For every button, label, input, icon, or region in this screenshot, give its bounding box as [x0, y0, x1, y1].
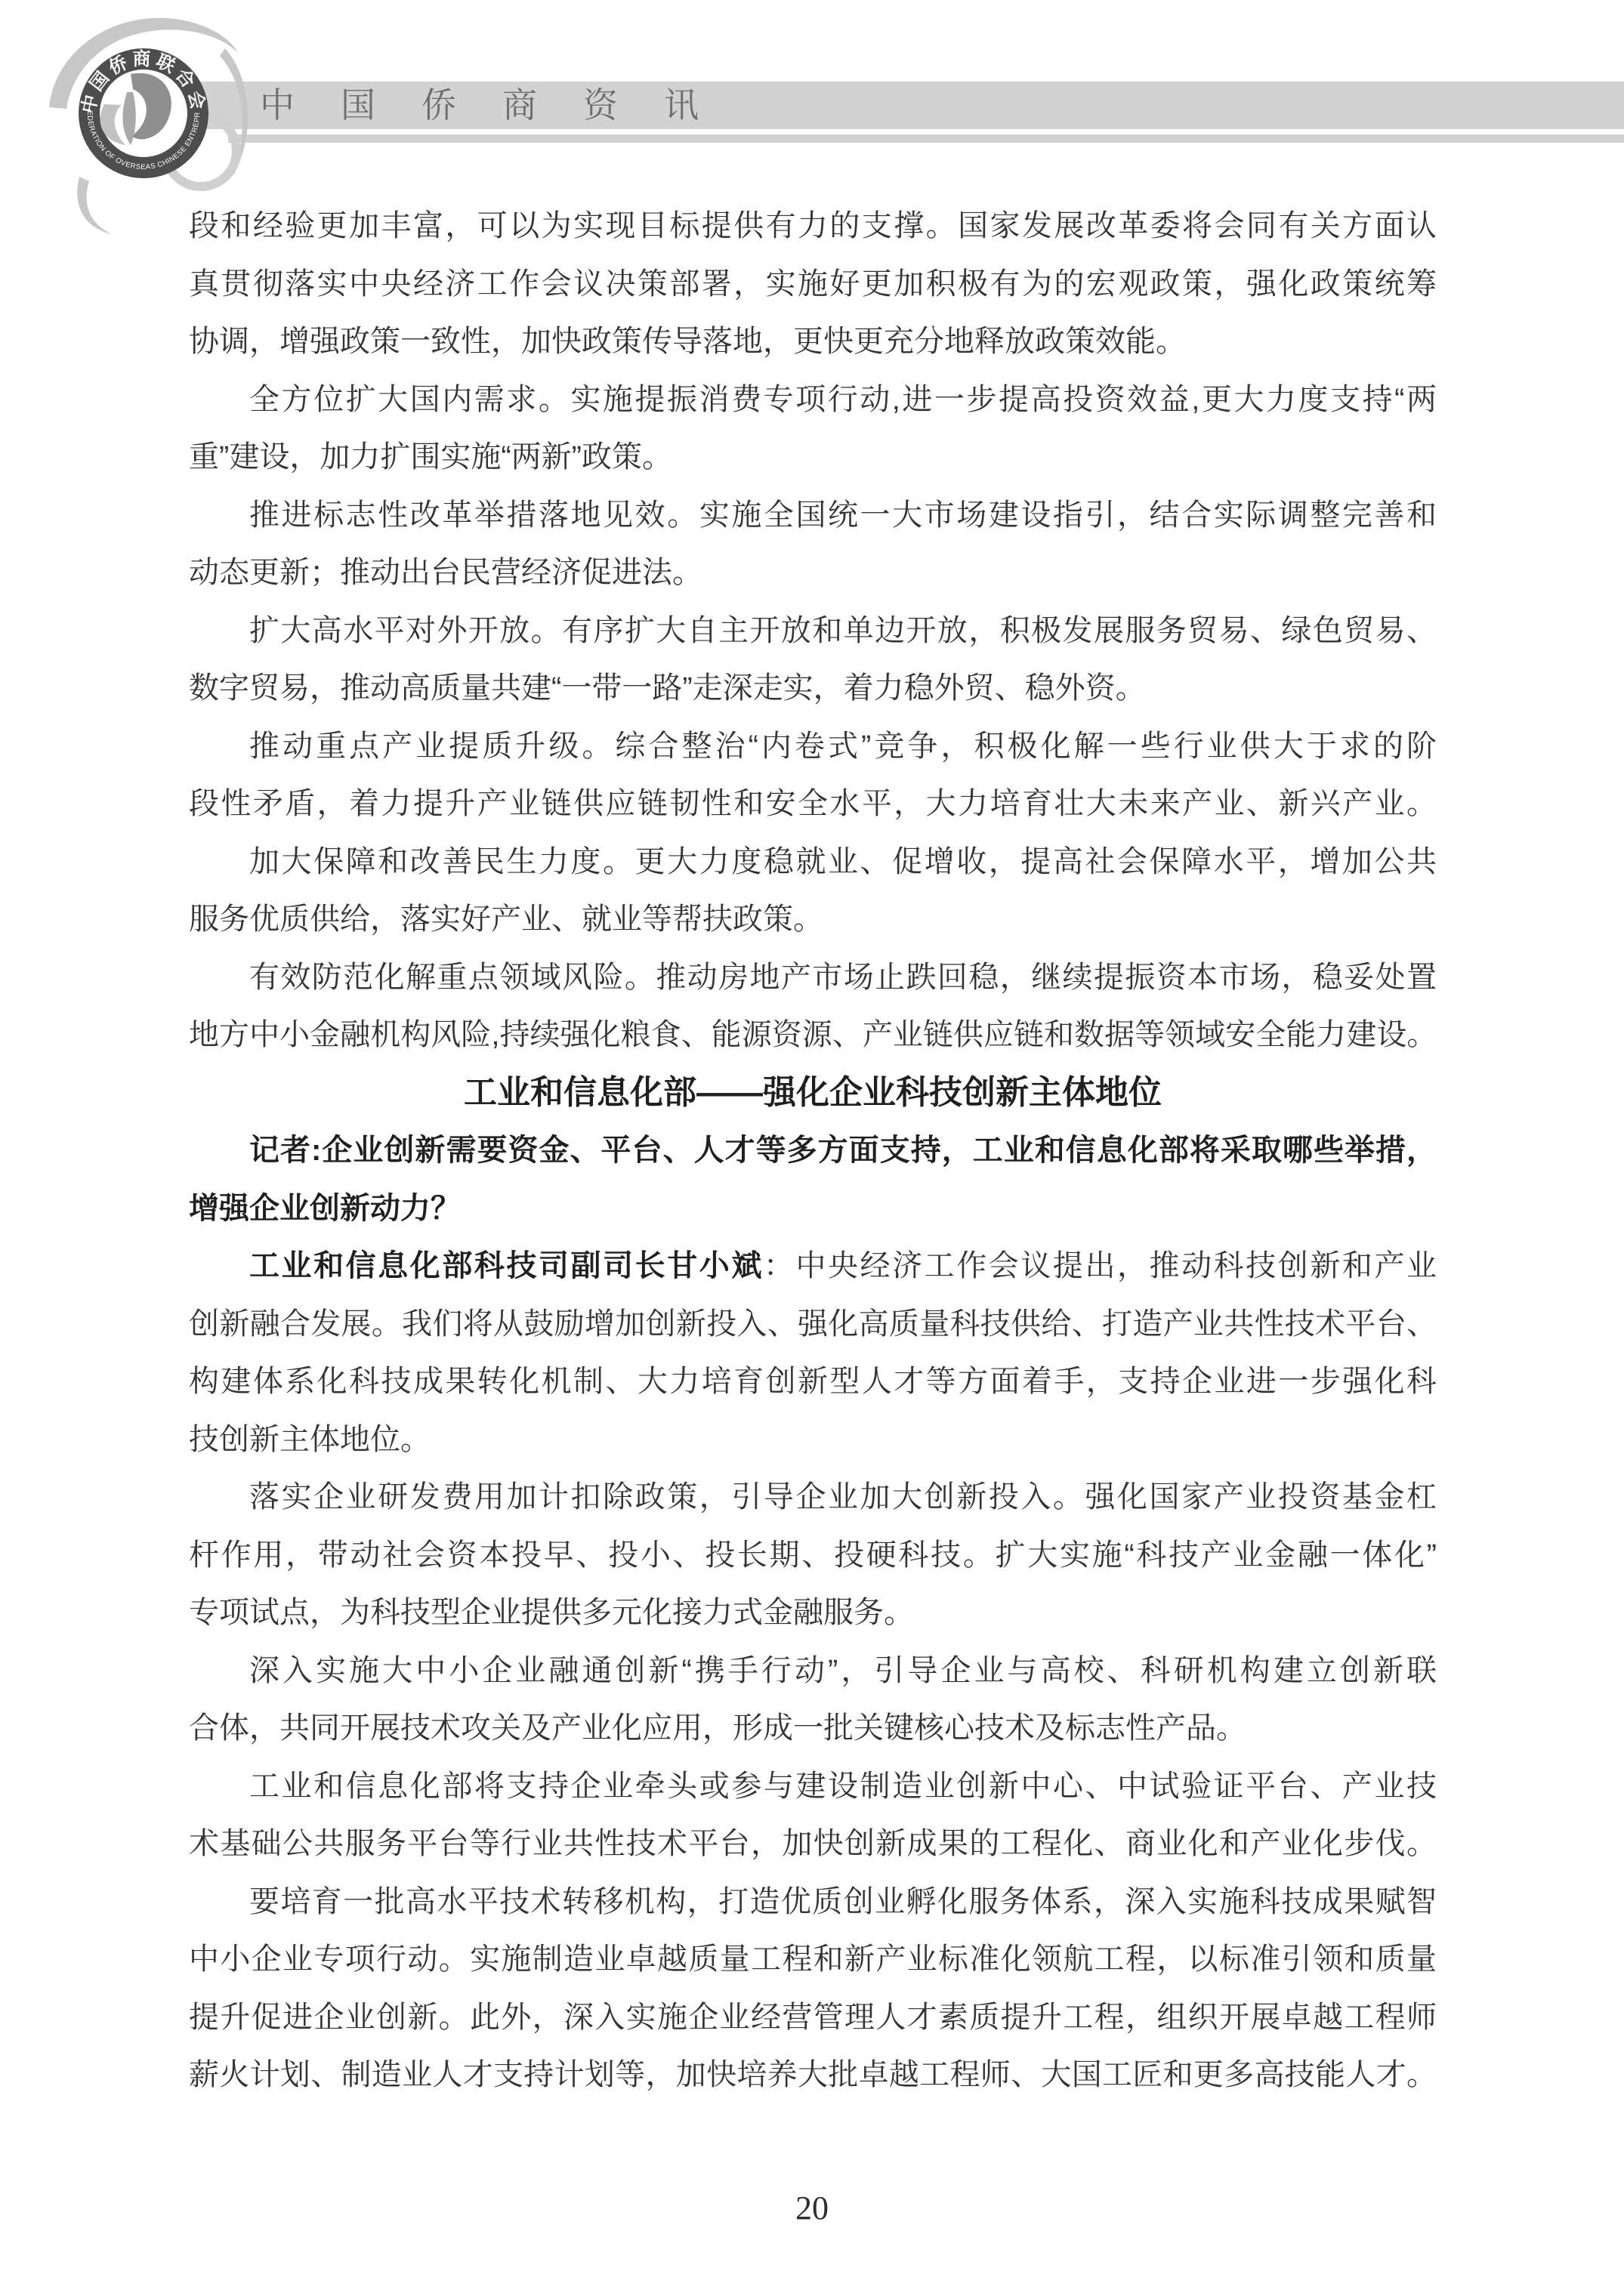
text-line: 杆作用，带动社会资本投早、投小、投长期、投硬科技。扩大实施“科技产业金融一体化”: [189, 1526, 1437, 1585]
text-line: 要培育一批高水平技术转移机构，打造优质创业孵化服务体系，深入实施科技成果赋智: [189, 1873, 1437, 1931]
reporter-question-line: 增强企业创新动力？: [189, 1180, 1437, 1238]
text-line: 专项试点，为科技型企业提供多元化接力式金融服务。: [189, 1584, 1437, 1642]
text-line: 提升促进企业创新。此外，深入实施企业经营管理人才素质提升工程，组织开展卓越工程师: [189, 1989, 1437, 2047]
text-line: 数字贸易，推动高质量共建“一带一路”走深走实，着力稳外贸、稳外资。: [189, 659, 1437, 718]
text-line: 扩大高水平对外开放。有序扩大自主开放和单边开放，积极发展服务贸易、绿色贸易、: [189, 602, 1437, 660]
text-line: 工业和信息化部科技司副司长甘小斌：中央经济工作会议提出，推动科技创新和产业: [189, 1237, 1437, 1295]
reporter-question-line: 记者:企业创新需要资金、平台、人才等多方面支持，工业和信息化部将采取哪些举措，: [189, 1122, 1437, 1180]
text-line: 合体，共同开展技术攻关及产业化应用，形成一批关键核心技术及标志性产品。: [189, 1699, 1437, 1758]
article-body: 段和经验更加丰富，可以为实现目标提供有力的支撑。国家发展改革委将会同有关方面认 …: [189, 197, 1437, 2104]
speaker-name: 工业和信息化部科技司副司长甘小斌: [249, 1249, 764, 1282]
text-line: 段性矛盾，着力提升产业链供应链韧性和安全水平，大力培育壮大未来产业、新兴产业。: [189, 775, 1437, 833]
text-line: 术基础公共服务平台等行业共性技术平台，加快创新成果的工程化、商业化和产业化步伐。: [189, 1815, 1437, 1873]
text-line: 推动重点产业提质升级。综合整治“内卷式”竞争，积极化解一些行业供大于求的阶: [189, 718, 1437, 776]
text-line: 段和经验更加丰富，可以为实现目标提供有力的支撑。国家发展改革委将会同有关方面认: [189, 197, 1437, 255]
text-line: 中小企业专项行动。实施制造业卓越质量工程和新产业标准化领航工程，以标准引领和质量: [189, 1930, 1437, 1989]
text-line: 深入实施大中小企业融通创新“携手行动”，引导企业与高校、科研机构建立创新联: [189, 1642, 1437, 1700]
page-number: 20: [0, 2189, 1624, 2227]
header-band-underline: [228, 134, 1624, 143]
text-line: 重”建设，加力扩围实施“两新”政策。: [189, 428, 1437, 486]
text-line: 技创新主体地位。: [189, 1411, 1437, 1469]
text-line: 真贯彻落实中央经济工作会议决策部署，实施好更加积极有为的宏观政策，强化政策统筹: [189, 255, 1437, 313]
text-line: 全方位扩大国内需求。实施提振消费专项行动,进一步提高投资效益,更大力度支持“两: [189, 371, 1437, 429]
text-line: 推进标志性改革举措落地见效。实施全国统一大市场建设指引，结合实际调整完善和: [189, 486, 1437, 545]
text-line: 构建体系化科技成果转化机制、大力培育创新型人才等方面着手，支持企业进一步强化科: [189, 1353, 1437, 1411]
text-line: 工业和信息化部将支持企业牵头或参与建设制造业创新中心、中试验证平台、产业技: [189, 1758, 1437, 1816]
speaker-answer: ：中央经济工作会议提出，推动科技创新和产业: [764, 1249, 1437, 1282]
text-line: 创新融合发展。我们将从鼓励增加创新投入、强化高质量科技供给、打造产业共性技术平台…: [189, 1295, 1437, 1353]
text-line: 有效防范化解重点领域风险。推动房地产市场止跌回稳，继续提振资本市场，稳妥处置: [189, 949, 1437, 1007]
text-line: 落实企业研发费用加计扣除政策，引导企业加大创新投入。强化国家产业投资基金杠: [189, 1468, 1437, 1526]
section-heading: 工业和信息化部——强化企业科技创新主体地位: [189, 1064, 1437, 1122]
text-line: 服务优质供给，落实好产业、就业等帮扶政策。: [189, 890, 1437, 949]
masthead-title: 中国侨商资讯: [260, 82, 745, 129]
text-line: 薪火计划、制造业人才支持计划等，加快培养大批卓越工程师、大国工匠和更多高技能人才…: [189, 2046, 1437, 2104]
text-line: 加大保障和改善民生力度。更大力度稳就业、促增收，提高社会保障水平，增加公共: [189, 833, 1437, 891]
text-line: 协调，增强政策一致性，加快政策传导落地，更快更充分地释放政策效能。: [189, 313, 1437, 371]
text-line: 地方中小金融机构风险,持续强化粮食、能源资源、产业链供应链和数据等领域安全能力建…: [189, 1006, 1437, 1064]
text-line: 动态更新；推动出台民营经济促进法。: [189, 544, 1437, 602]
